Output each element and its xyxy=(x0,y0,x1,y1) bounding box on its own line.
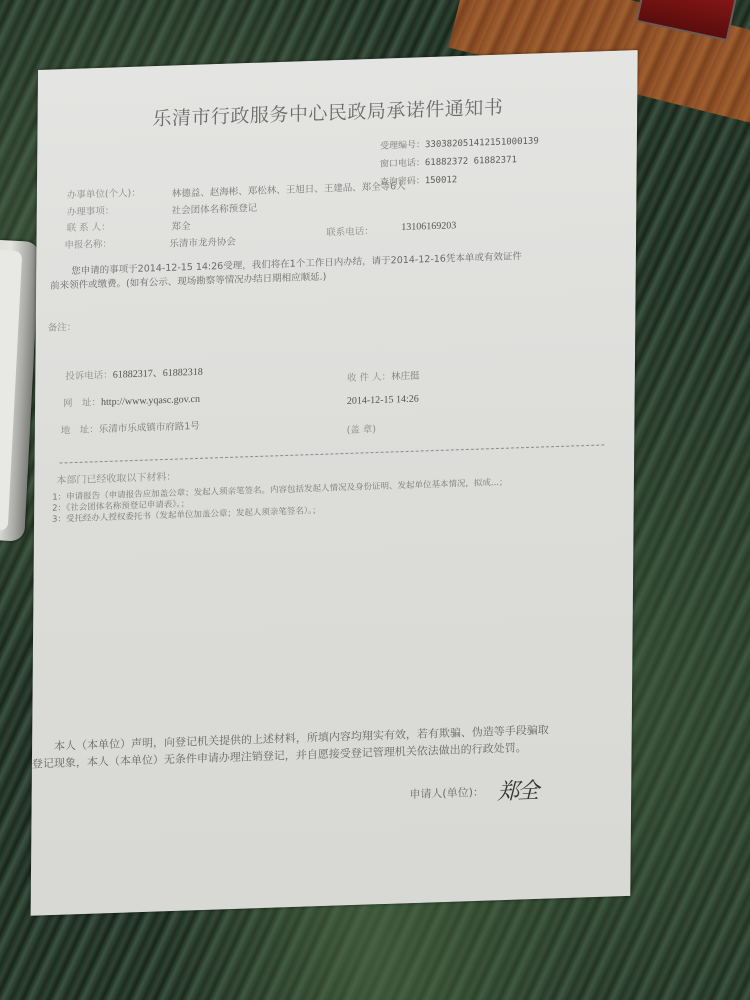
tablet-screen xyxy=(0,248,22,530)
matter-value: 社会团体名称预登记 xyxy=(172,200,258,217)
applicant-signature: 郑全 xyxy=(497,774,537,806)
window-phone-value: 61882372 61882371 xyxy=(425,155,517,168)
contact-phone-value: 13106169203 xyxy=(401,220,456,233)
window-phone: 窗口电话：61882372 61882371 xyxy=(380,152,517,170)
acceptance-number-label: 受理编号： xyxy=(380,140,425,152)
contact-label: 联 系 人： xyxy=(67,219,111,234)
website-label: 网 址： xyxy=(63,397,101,409)
document-title: 乐清市行政服务中心民政局承诺件通知书 xyxy=(152,93,503,132)
declared-name-label: 申报名称： xyxy=(64,236,112,252)
section-divider xyxy=(60,444,605,463)
notice-document: 乐清市行政服务中心民政局承诺件通知书 受理编号：3303820514121510… xyxy=(31,50,638,916)
applicant-signature-label: 申请人(单位)： xyxy=(409,784,484,802)
matter-label: 办理事项： xyxy=(67,203,115,219)
materials-heading: 本部门已经收取以下材料： xyxy=(56,468,176,487)
query-password-value: 150012 xyxy=(425,175,458,186)
receiver-value: 林庄挺 xyxy=(391,371,420,383)
remarks-label: 备注： xyxy=(48,319,77,334)
receiver-label: 收 件 人： xyxy=(347,371,391,383)
acceptance-number: 受理编号：330382051412151000139 xyxy=(380,133,539,151)
stamp-label: (盖 章) xyxy=(347,421,377,436)
receiver: 收 件 人：林庄挺 xyxy=(347,368,420,384)
website-link[interactable]: http://www.yqasc.gov.cn xyxy=(101,394,200,408)
address-value: 乐清市乐成镇市府路1号 xyxy=(99,421,200,435)
declared-name-value: 乐清市龙舟协会 xyxy=(169,234,236,250)
applicant-unit-value: 林德益、赵海彬、郑松林、王旭日、王建品、郑全等6人 xyxy=(172,178,406,200)
address: 地 址：乐清市乐成镇市府路1号 xyxy=(61,418,200,437)
applicant-unit-label: 办事单位(个人)： xyxy=(67,185,141,201)
website: 网 址：http://www.yqasc.gov.cn xyxy=(63,391,200,410)
acceptance-number-value: 330382051412151000139 xyxy=(425,136,539,150)
window-phone-label: 窗口电话： xyxy=(380,158,425,170)
complaint-phone-value: 61882317、61882318 xyxy=(113,367,203,381)
contact-value: 郑全 xyxy=(171,218,190,233)
receipt-datetime: 2014-12-15 14:26 xyxy=(347,394,419,407)
declaration: 本人（本单位）声明，向登记机关提供的上述材料，所填内容均翔实有效，若有欺骗、伪造… xyxy=(32,719,622,773)
complaint-phone-label: 投诉电话： xyxy=(65,370,113,383)
complaint-phone: 投诉电话：61882317、61882318 xyxy=(65,363,203,383)
address-label: 地 址： xyxy=(61,424,99,436)
contact-phone-label: 联系电话： xyxy=(326,223,374,239)
